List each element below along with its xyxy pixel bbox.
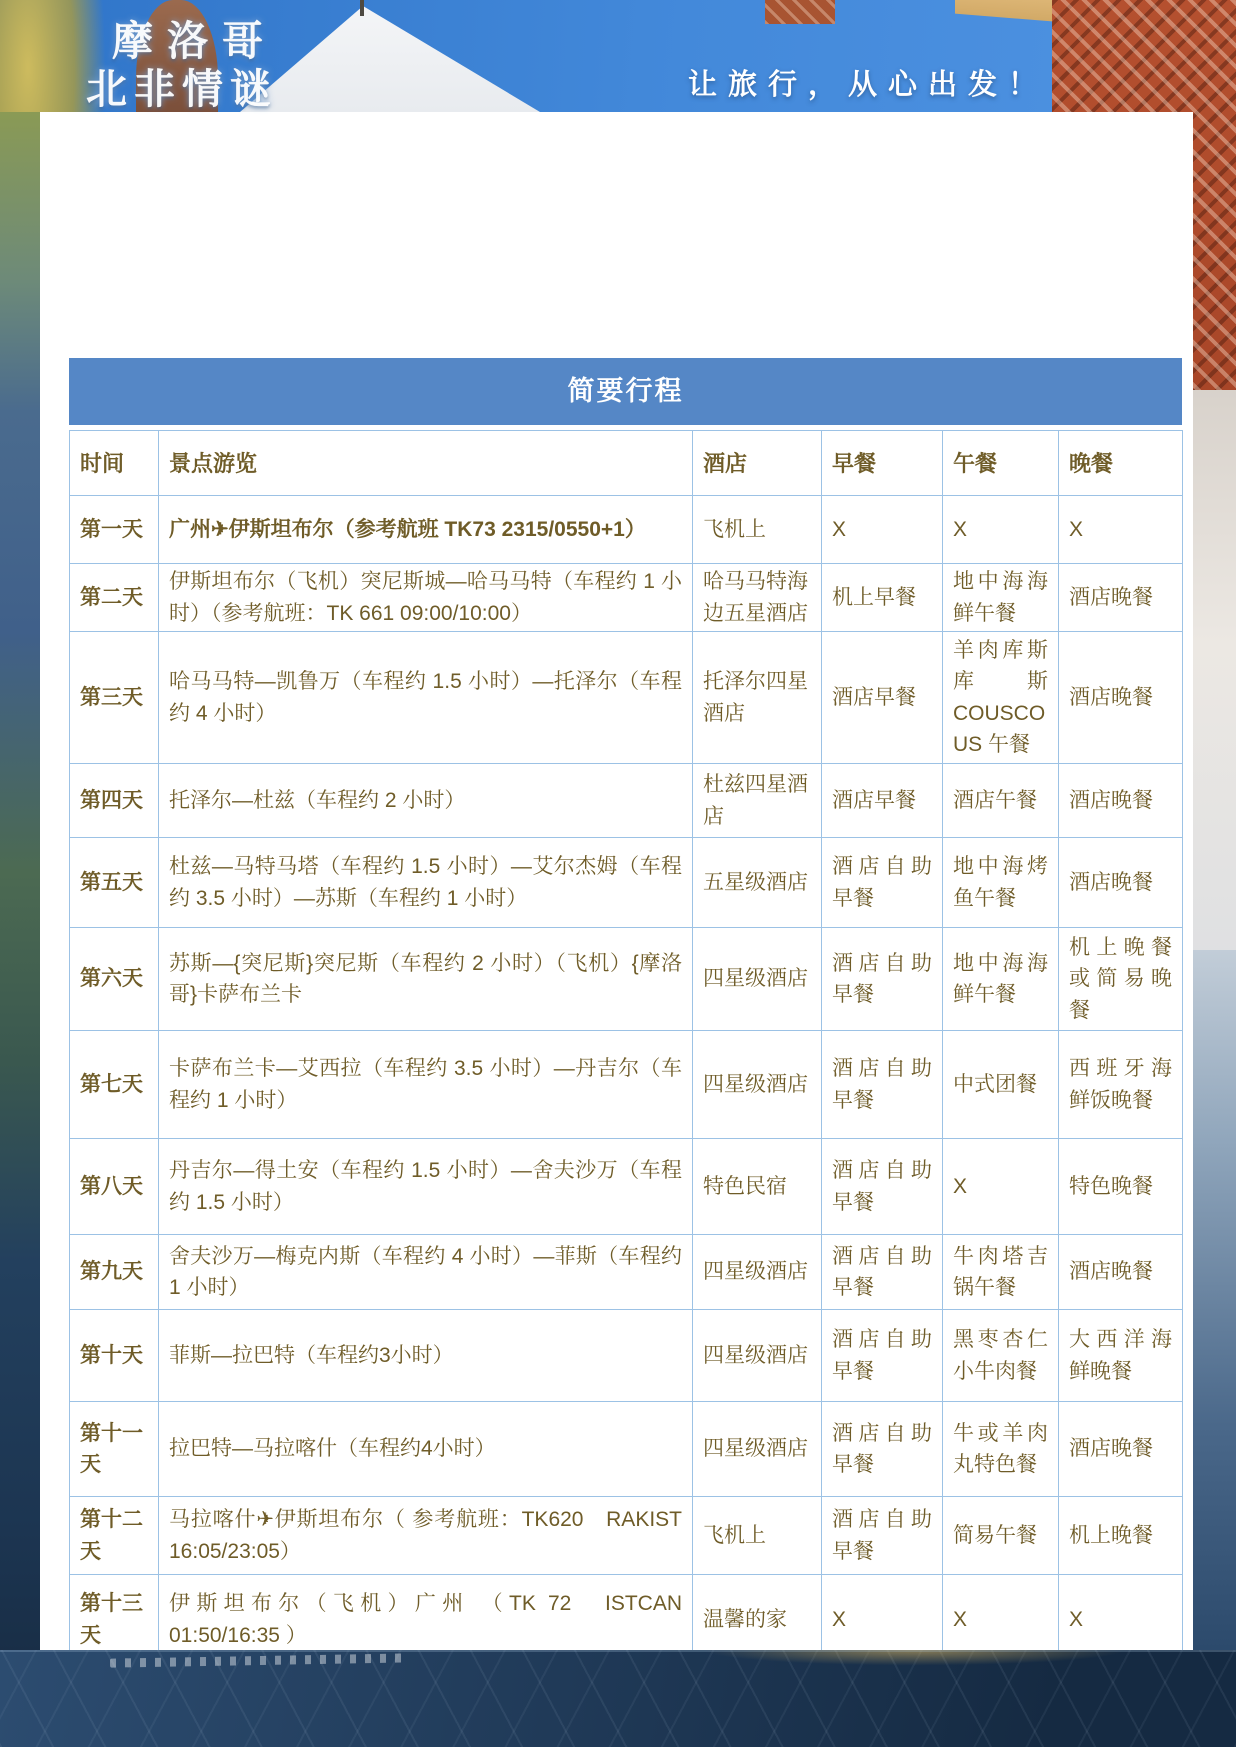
- hotel-cell: 温馨的家: [693, 1575, 822, 1651]
- itinerary-row: 第十三天伊斯坦布尔（飞机）广州 （TK 72 ISTCAN 01:50/16:3…: [70, 1575, 1183, 1651]
- sights-cell: 托泽尔—杜兹（车程约 2 小时）: [159, 764, 693, 838]
- dinner-cell: 大西洋海鲜晚餐: [1059, 1310, 1183, 1402]
- itinerary-row: 第十二天马拉喀什✈伊斯坦布尔（ 参考航班：TK620 RAKIST 16:05/…: [70, 1497, 1183, 1575]
- column-header-lunch: 午餐: [943, 431, 1059, 496]
- day-cell: 第三天: [70, 632, 159, 764]
- breakfast-cell: 酒店自助早餐: [822, 1235, 943, 1310]
- column-header-dinner: 晚餐: [1059, 431, 1183, 496]
- breakfast-cell: 酒店早餐: [822, 764, 943, 838]
- hotel-cell: 杜兹四星酒店: [693, 764, 822, 838]
- brand-slogan: 让旅行，从心出发！: [688, 62, 1048, 103]
- day-cell: 第二天: [70, 564, 159, 632]
- itinerary-row: 第十天菲斯—拉巴特（车程约3小时）四星级酒店酒店自助早餐黑枣杏仁小牛肉餐大西洋海…: [70, 1310, 1183, 1402]
- document-sheet: 简要行程 时间 景点游览 酒店 早餐 午餐 晚餐 第一天广州✈伊斯坦布尔（参考航…: [40, 112, 1193, 1650]
- itinerary-row: 第四天托泽尔—杜兹（车程约 2 小时）杜兹四星酒店酒店早餐酒店午餐酒店晚餐: [70, 764, 1183, 838]
- day-cell: 第六天: [70, 928, 159, 1031]
- lunch-cell: 酒店午餐: [943, 764, 1059, 838]
- hotel-cell: 特色民宿: [693, 1139, 822, 1235]
- tent-pole-photo: [360, 0, 364, 16]
- sights-cell: 菲斯—拉巴特（车程约3小时）: [159, 1310, 693, 1402]
- dinner-cell: X: [1059, 496, 1183, 564]
- sights-cell: 广州✈伊斯坦布尔（参考航班 TK73 2315/0550+1）: [159, 496, 693, 564]
- itinerary-row: 第六天苏斯—{突尼斯}突尼斯（车程约 2 小时）（飞机）{摩洛哥}卡萨布兰卡四星…: [70, 928, 1183, 1031]
- breakfast-cell: 机上早餐: [822, 564, 943, 632]
- itinerary-row: 第二天伊斯坦布尔（飞机）突尼斯城—哈马马特（车程约 1 小时）（参考航班：TK …: [70, 564, 1183, 632]
- dinner-cell: 酒店晚餐: [1059, 838, 1183, 928]
- breakfast-cell: 酒店自助早餐: [822, 1497, 943, 1575]
- lunch-cell: 简易午餐: [943, 1497, 1059, 1575]
- column-header-time: 时间: [70, 431, 159, 496]
- dinner-cell: 酒店晚餐: [1059, 1402, 1183, 1497]
- dinner-cell: 西班牙海鲜饭晚餐: [1059, 1031, 1183, 1139]
- day-cell: 第十一天: [70, 1402, 159, 1497]
- day-cell: 第五天: [70, 838, 159, 928]
- breakfast-cell: 酒店自助早餐: [822, 1031, 943, 1139]
- lunch-cell: X: [943, 496, 1059, 564]
- breakfast-cell: X: [822, 496, 943, 564]
- sights-cell: 伊斯坦布尔（飞机）广州 （TK 72 ISTCAN 01:50/16:35 ）: [159, 1575, 693, 1651]
- lunch-cell: 牛或羊肉丸特色餐: [943, 1402, 1059, 1497]
- sights-cell: 杜兹—马特马塔（车程约 1.5 小时）—艾尔杰姆（车程约 3.5 小时）—苏斯（…: [159, 838, 693, 928]
- lunch-cell: 地中海海鲜午餐: [943, 564, 1059, 632]
- hotel-cell: 四星级酒店: [693, 1402, 822, 1497]
- left-photo-margin: [0, 112, 42, 1747]
- lunch-cell: 地中海海鲜午餐: [943, 928, 1059, 1031]
- sights-cell: 舍夫沙万—梅克内斯（车程约 4 小时）—菲斯（车程约 1 小时）: [159, 1235, 693, 1310]
- lunch-cell: 地中海烤鱼午餐: [943, 838, 1059, 928]
- itinerary-row: 第十一天拉巴特—马拉喀什（车程约4小时）四星级酒店酒店自助早餐牛或羊肉丸特色餐酒…: [70, 1402, 1183, 1497]
- day-cell: 第七天: [70, 1031, 159, 1139]
- itinerary-table: 时间 景点游览 酒店 早餐 午餐 晚餐 第一天广州✈伊斯坦布尔（参考航班 TK7…: [69, 430, 1183, 1650]
- table-header-row: 时间 景点游览 酒店 早餐 午餐 晚餐: [70, 431, 1183, 496]
- lunch-cell: X: [943, 1139, 1059, 1235]
- brand-title-line2: 北非情谜: [86, 56, 278, 115]
- dinner-cell: 机上晚餐: [1059, 1497, 1183, 1575]
- itinerary-row: 第八天丹吉尔—得土安（车程约 1.5 小时）—舍夫沙万（车程约 1.5 小时）特…: [70, 1139, 1183, 1235]
- day-cell: 第一天: [70, 496, 159, 564]
- sights-cell: 拉巴特—马拉喀什（车程约4小时）: [159, 1402, 693, 1497]
- column-header-sights: 景点游览: [159, 431, 693, 496]
- day-cell: 第十天: [70, 1310, 159, 1402]
- sights-cell: 伊斯坦布尔（飞机）突尼斯城—哈马马特（车程约 1 小时）（参考航班：TK 661…: [159, 564, 693, 632]
- dinner-cell: 酒店晚餐: [1059, 632, 1183, 764]
- hotel-cell: 托泽尔四星酒店: [693, 632, 822, 764]
- hotel-cell: 哈马马特海边五星酒店: [693, 564, 822, 632]
- dinner-cell: X: [1059, 1575, 1183, 1651]
- dinner-cell: 酒店晚餐: [1059, 764, 1183, 838]
- hotel-cell: 飞机上: [693, 496, 822, 564]
- lunch-cell: 羊肉库斯库斯 COUSCOUS 午餐: [943, 632, 1059, 764]
- dinner-cell: 酒店晚餐: [1059, 1235, 1183, 1310]
- lunch-cell: 中式团餐: [943, 1031, 1059, 1139]
- lunch-cell: 黑枣杏仁小牛肉餐: [943, 1310, 1059, 1402]
- right-photo-margin-pool: [1190, 950, 1236, 1650]
- red-post-photo: [765, 0, 835, 24]
- sights-cell: 苏斯—{突尼斯}突尼斯（车程约 2 小时）（飞机）{摩洛哥}卡萨布兰卡: [159, 928, 693, 1031]
- sights-cell: 卡萨布兰卡—艾西拉（车程约 3.5 小时）—丹吉尔（车程约 1 小时）: [159, 1031, 693, 1139]
- hotel-cell: 五星级酒店: [693, 838, 822, 928]
- hotel-cell: 四星级酒店: [693, 1310, 822, 1402]
- day-cell: 第十三天: [70, 1575, 159, 1651]
- breakfast-cell: 酒店自助早餐: [822, 1402, 943, 1497]
- right-photo-margin-haze: [1190, 390, 1236, 955]
- hotel-cell: 飞机上: [693, 1497, 822, 1575]
- hotel-cell: 四星级酒店: [693, 1235, 822, 1310]
- sights-cell: 马拉喀什✈伊斯坦布尔（ 参考航班：TK620 RAKIST 16:05/23:0…: [159, 1497, 693, 1575]
- breakfast-cell: 酒店自助早餐: [822, 838, 943, 928]
- column-header-hotel: 酒店: [693, 431, 822, 496]
- day-cell: 第九天: [70, 1235, 159, 1310]
- itinerary-row: 第五天杜兹—马特马塔（车程约 1.5 小时）—艾尔杰姆（车程约 3.5 小时）—…: [70, 838, 1183, 928]
- brochure-page: 摩洛哥 北非情谜 让旅行，从心出发！ 简要行程 时间 景点游览 酒店 早餐 午餐…: [0, 0, 1236, 1747]
- breakfast-cell: 酒店自助早餐: [822, 928, 943, 1031]
- column-header-breakfast: 早餐: [822, 431, 943, 496]
- sights-cell: 哈马马特—凯鲁万（车程约 1.5 小时）—托泽尔（车程约 4 小时）: [159, 632, 693, 764]
- hotel-cell: 四星级酒店: [693, 928, 822, 1031]
- dinner-cell: 机上晚餐或简易晚餐: [1059, 928, 1183, 1031]
- day-cell: 第四天: [70, 764, 159, 838]
- itinerary-banner: 简要行程: [69, 358, 1182, 425]
- breakfast-cell: 酒店自助早餐: [822, 1139, 943, 1235]
- day-cell: 第八天: [70, 1139, 159, 1235]
- dinner-cell: 酒店晚餐: [1059, 564, 1183, 632]
- lunch-cell: X: [943, 1575, 1059, 1651]
- day-cell: 第十二天: [70, 1497, 159, 1575]
- itinerary-row: 第九天舍夫沙万—梅克内斯（车程约 4 小时）—菲斯（车程约 1 小时）四星级酒店…: [70, 1235, 1183, 1310]
- breakfast-cell: 酒店自助早餐: [822, 1310, 943, 1402]
- lunch-cell: 牛肉塔吉锅午餐: [943, 1235, 1059, 1310]
- itinerary-row: 第三天哈马马特—凯鲁万（车程约 1.5 小时）—托泽尔（车程约 4 小时）托泽尔…: [70, 632, 1183, 764]
- hotel-cell: 四星级酒店: [693, 1031, 822, 1139]
- breakfast-cell: 酒店早餐: [822, 632, 943, 764]
- sights-cell: 丹吉尔—得土安（车程约 1.5 小时）—舍夫沙万（车程约 1.5 小时）: [159, 1139, 693, 1235]
- breakfast-cell: X: [822, 1575, 943, 1651]
- itinerary-row: 第一天广州✈伊斯坦布尔（参考航班 TK73 2315/0550+1）飞机上XXX: [70, 496, 1183, 564]
- dinner-cell: 特色晚餐: [1059, 1139, 1183, 1235]
- itinerary-row: 第七天卡萨布兰卡—艾西拉（车程约 3.5 小时）—丹吉尔（车程约 1 小时）四星…: [70, 1031, 1183, 1139]
